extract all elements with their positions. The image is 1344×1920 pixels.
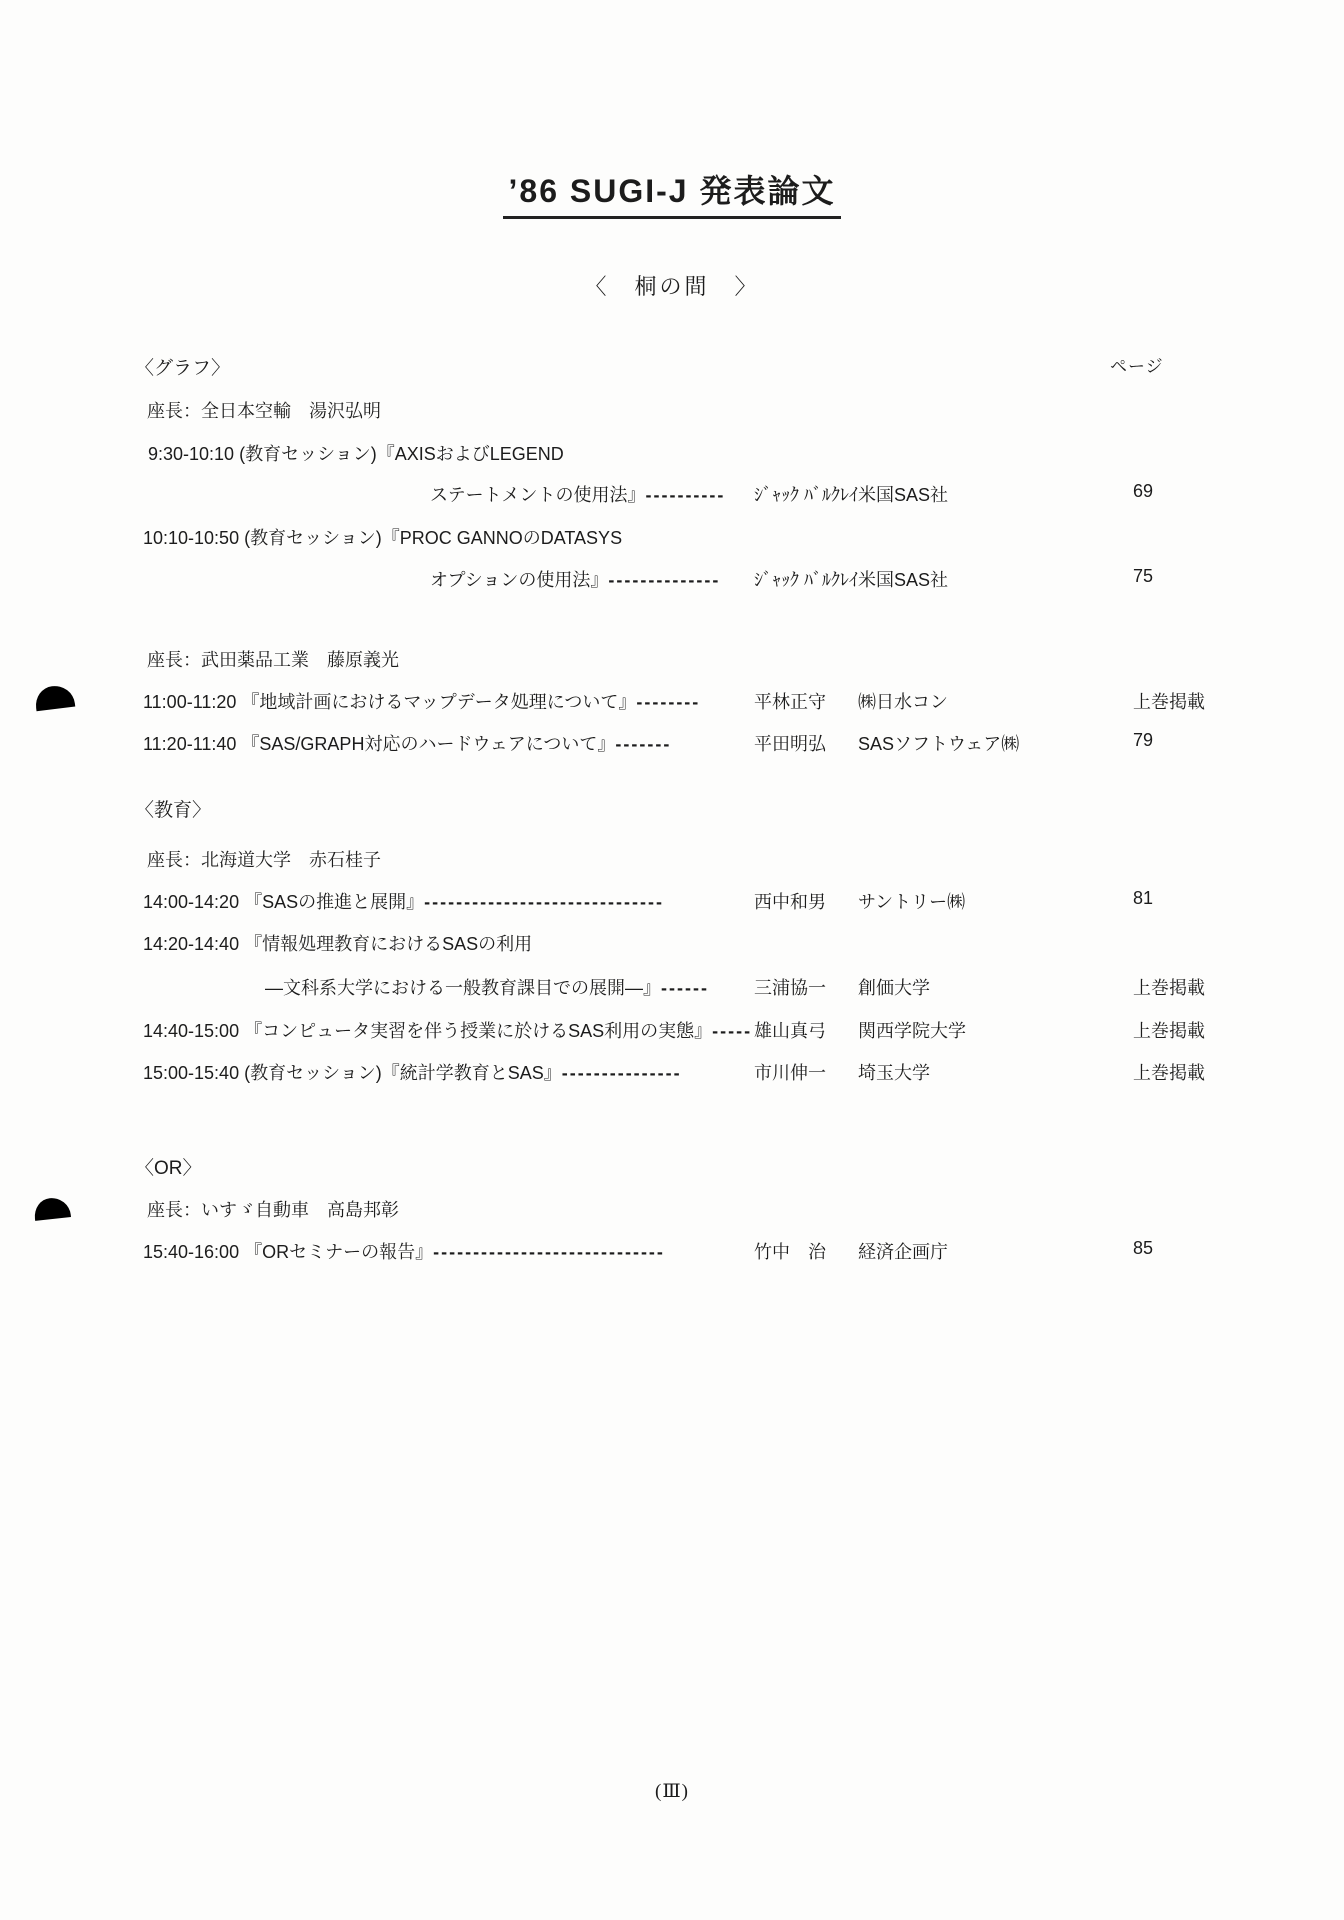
affiliation: SASソフトウェア㈱ <box>858 730 1019 756</box>
entry-title-continuation: ステートメントの使用法』 <box>430 485 645 505</box>
affiliation: 創価大学 <box>858 974 930 1000</box>
speaker-name: 市川伸一 <box>754 1059 826 1085</box>
dot-leader: ------------------------------ <box>424 892 664 912</box>
entry-title: 11:00-11:20 『地域計画におけるマップデータ処理について』 <box>143 692 636 712</box>
speaker-name: ｼﾞｬｯｸ ﾊﾞﾙｸﾚｲ <box>754 566 858 592</box>
chair-line: 座長：全日本空輸 湯沢弘明 <box>0 397 1344 423</box>
entry-line: 15:00-15:40 (教育セッション)『統計学教育とSAS』--------… <box>0 1059 1344 1085</box>
affiliation: 埼玉大学 <box>858 1059 930 1085</box>
section-heading-text: 〈OR〉 <box>135 1153 202 1180</box>
entry-line: 9:30-10:10 (教育セッション)『AXISおよびLEGEND <box>0 440 1344 466</box>
entry-line: ステートメントの使用法』---------- ｼﾞｬｯｸ ﾊﾞﾙｸﾚｲ 米国SA… <box>0 481 1344 507</box>
speaker-name: 平田明弘 <box>754 730 826 756</box>
entry-line: 15:40-16:00 『ORセミナーの報告』-----------------… <box>0 1238 1344 1264</box>
dot-leader: --------------- <box>562 1063 682 1083</box>
chair-line: 座長：いすゞ自動車 高島邦彰 <box>0 1196 1344 1222</box>
page-ref: 85 <box>1133 1238 1153 1259</box>
room-name: 〈 桐の間 〉 <box>584 274 759 299</box>
speaker-name: 雄山真弓 <box>754 1017 826 1043</box>
page-ref: 81 <box>1133 888 1153 909</box>
dot-leader: ------ <box>661 978 709 998</box>
entry-title: 15:00-15:40 (教育セッション)『統計学教育とSAS』 <box>143 1063 562 1083</box>
page-ref: 上巻掲載 <box>1133 974 1205 1000</box>
entry-title: 9:30-10:10 (教育セッション)『AXISおよびLEGEND <box>143 440 564 466</box>
entry-line: オプションの使用法』-------------- ｼﾞｬｯｸ ﾊﾞﾙｸﾚｲ 米国… <box>0 566 1344 592</box>
page-title: ’86 SUGI-J 発表論文 <box>503 166 842 219</box>
document-header: ’86 SUGI-J 発表論文 <box>0 166 1344 219</box>
entry-line: 10:10-10:50 (教育セッション)『PROC GANNOのDATASYS <box>0 524 1344 550</box>
entry-title: 15:40-16:00 『ORセミナーの報告』 <box>143 1242 433 1262</box>
entry-title: 11:20-11:40 『SAS/GRAPH対応のハードウェアについて』 <box>143 734 615 754</box>
dot-leader: -------------- <box>608 570 720 590</box>
page-ref: 75 <box>1133 566 1153 587</box>
speaker-name: 西中和男 <box>754 888 826 914</box>
page-ref: 69 <box>1133 481 1153 502</box>
affiliation: 経済企画庁 <box>858 1238 948 1264</box>
dot-leader: ----- <box>712 1021 752 1041</box>
dot-leader: -------- <box>636 692 700 712</box>
speaker-name: 三浦協一 <box>754 974 826 1000</box>
chair-text: 座長：北海道大学 赤石桂子 <box>147 846 381 872</box>
affiliation: 関西学院大学 <box>858 1017 966 1043</box>
dot-leader: ----------------------------- <box>433 1242 665 1262</box>
page-ref: 上巻掲載 <box>1133 1059 1205 1085</box>
entry-line: 11:20-11:40 『SAS/GRAPH対応のハードウェアについて』----… <box>0 730 1344 756</box>
speaker-name: 平林正守 <box>754 688 826 714</box>
section-heading-text: 〈グラフ〉 <box>135 353 230 380</box>
page-ref: 上巻掲載 <box>1133 1017 1205 1043</box>
speaker-name: ｼﾞｬｯｸ ﾊﾞﾙｸﾚｲ <box>754 481 858 507</box>
dot-leader: ---------- <box>645 485 725 505</box>
page-number: (Ⅲ) <box>655 1781 689 1802</box>
entry-line: ―文科系大学における一般教育課目での展開―』------ 三浦協一 創価大学 上… <box>0 974 1344 1000</box>
chair-text: 座長：いすゞ自動車 高島邦彰 <box>147 1196 399 1222</box>
section-heading-or: 〈OR〉 <box>0 1153 1344 1179</box>
chair-text: 座長：武田薬品工業 藤原義光 <box>147 646 399 672</box>
dot-leader: ------- <box>615 734 671 754</box>
section-heading-education: 〈教育〉 <box>0 795 1344 821</box>
affiliation: ㈱日水コン <box>858 688 948 714</box>
affiliation: 米国SAS社 <box>858 481 948 507</box>
affiliation: サントリー㈱ <box>858 888 965 914</box>
entry-line: 14:40-15:00 『コンピュータ実習を伴う授業に於けるSAS利用の実態』-… <box>0 1017 1344 1043</box>
section-heading-graph: 〈グラフ〉 <box>0 353 1344 379</box>
entry-title-continuation: ―文科系大学における一般教育課目での展開―』 <box>265 978 661 998</box>
page-footer: (Ⅲ) <box>0 1780 1344 1803</box>
entry-title: 10:10-10:50 (教育セッション)『PROC GANNOのDATASYS <box>143 524 622 550</box>
entry-title-continuation: オプションの使用法』 <box>430 570 608 590</box>
entry-title: 14:00-14:20 『SASの推進と展開』 <box>143 892 424 912</box>
section-heading-text: 〈教育〉 <box>135 795 211 822</box>
entry-title: 14:40-15:00 『コンピュータ実習を伴う授業に於けるSAS利用の実態』 <box>143 1021 712 1041</box>
affiliation: 米国SAS社 <box>858 566 948 592</box>
scanned-document-page: ’86 SUGI-J 発表論文 〈 桐の間 〉 ページ 〈グラフ〉 座長：全日本… <box>0 0 1344 1920</box>
entry-title: 14:20-14:40 『情報処理教育におけるSASの利用 <box>143 930 532 956</box>
entry-line: 11:00-11:20 『地域計画におけるマップデータ処理について』------… <box>0 688 1344 714</box>
room-header: 〈 桐の間 〉 <box>0 270 1344 301</box>
entry-line: 14:00-14:20 『SASの推進と展開』-----------------… <box>0 888 1344 914</box>
chair-text: 座長：全日本空輸 湯沢弘明 <box>147 397 381 423</box>
page-ref: 上巻掲載 <box>1133 688 1205 714</box>
entry-line: 14:20-14:40 『情報処理教育におけるSASの利用 <box>0 930 1344 956</box>
chair-line: 座長：武田薬品工業 藤原義光 <box>0 646 1344 672</box>
page-ref: 79 <box>1133 730 1153 751</box>
chair-line: 座長：北海道大学 赤石桂子 <box>0 846 1344 872</box>
speaker-name: 竹中 治 <box>754 1238 826 1264</box>
